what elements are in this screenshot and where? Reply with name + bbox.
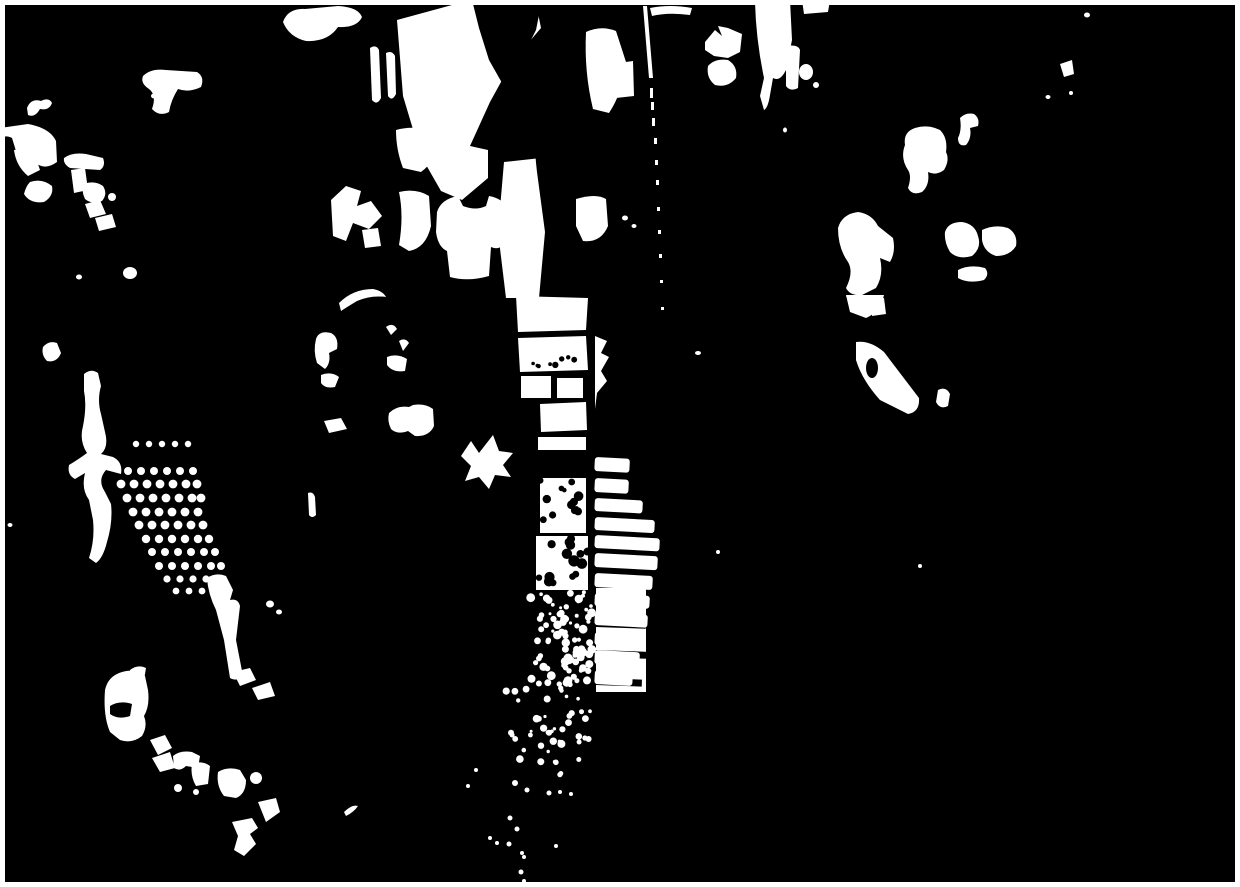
stair-block-1 (516, 296, 588, 332)
goggles-right (192, 762, 211, 786)
cluster-round (83, 182, 106, 202)
goggles-bit-a (174, 784, 182, 792)
goggles-bit-b (193, 789, 199, 795)
lips-blob (958, 266, 987, 281)
spot-250 (250, 772, 262, 784)
stair-block-3a (521, 376, 551, 398)
round-blob-708 (708, 60, 737, 86)
blob-cluster-410 (388, 405, 434, 437)
stair-block-4 (540, 402, 587, 432)
silhouette-head-dot (512, 48, 522, 58)
image-stage (0, 0, 1240, 887)
bean-938 (936, 389, 950, 408)
stair-black-rail (588, 294, 595, 690)
edge-strip-786 (786, 46, 800, 90)
dot-800 (799, 64, 813, 80)
face-102-eye-hole (110, 702, 132, 717)
binarized-photo (0, 0, 1240, 887)
angular-patch-b (362, 228, 381, 248)
stair-block-3b (557, 378, 583, 398)
face-102-wing (130, 666, 146, 680)
triangle-hole (866, 358, 878, 378)
binarized-photo-svg (0, 0, 1240, 887)
stair-block-5 (538, 437, 586, 450)
